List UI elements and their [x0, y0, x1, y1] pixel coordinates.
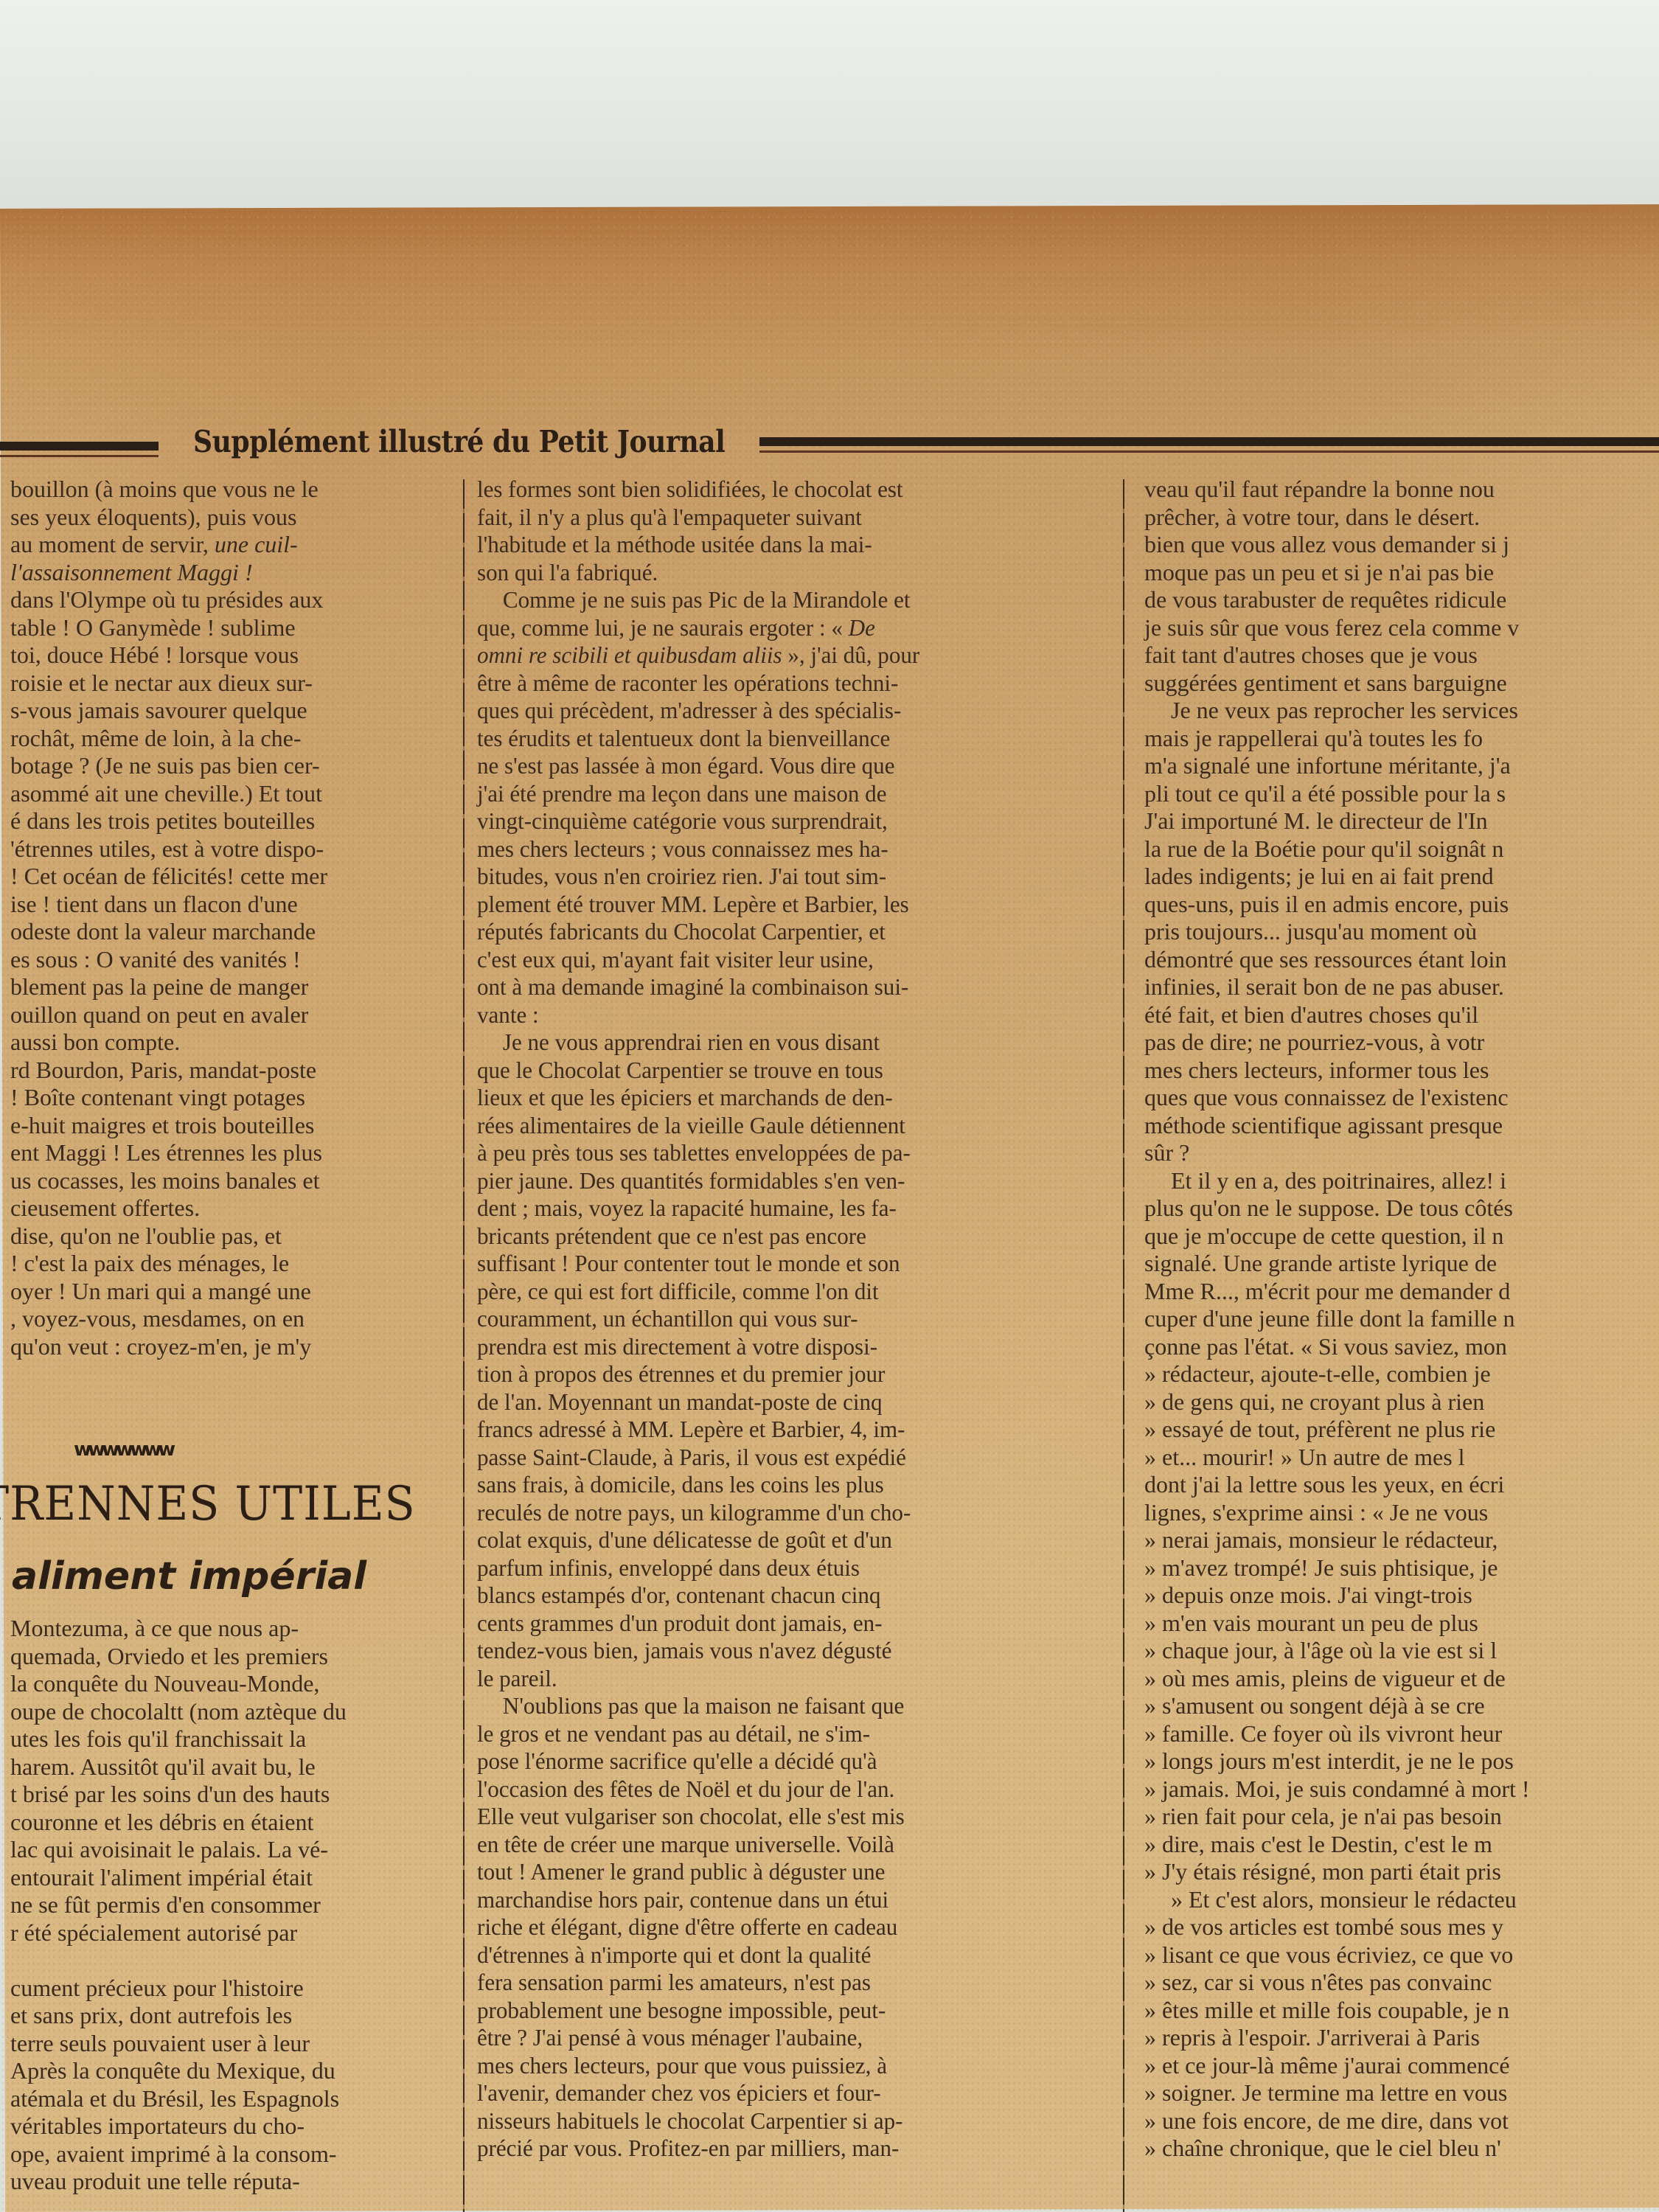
text-line: es sous : O vanité des vanités !: [10, 946, 448, 974]
text-line: prendra est mis directement à votre disp…: [477, 1333, 1093, 1361]
text-line: us cocasses, les moins banales et: [10, 1167, 448, 1195]
text-line: ques qui précèdent, m'adresser à des spé…: [477, 697, 1093, 725]
text-line: lades indigents; je lui en ai fait prend: [1144, 863, 1659, 891]
text-line: ouillon quand on peut en avaler: [10, 1001, 448, 1029]
text-line: bien que vous allez vous demander si j: [1144, 531, 1659, 559]
text-line: » famille. Ce foyer où ils vivront heur: [1144, 1720, 1659, 1748]
text-line: d'étrennes à n'importe qui et dont la qu…: [477, 1941, 1093, 1969]
text-line: botage ? (Je ne suis pas bien cer-: [10, 752, 448, 780]
text-line: omni re scibili et quibusdam aliis », j'…: [477, 641, 1093, 669]
text-line: été fait, et bien d'autres choses qu'il: [1144, 1001, 1659, 1029]
text-line: atémala et du Brésil, les Espagnols: [10, 2085, 448, 2113]
text-line: N'oublions pas que la maison ne faisant …: [477, 1692, 1093, 1720]
text-line: » depuis onze mois. J'ai vingt-trois: [1144, 1582, 1659, 1610]
text-line: tes érudits et talentueux dont la bienve…: [477, 725, 1093, 753]
text-line: Comme je ne suis pas Pic de la Mirandole…: [477, 586, 1093, 614]
text-line: que le Chocolat Carpentier se trouve en …: [477, 1057, 1093, 1085]
text-line: l'occasion des fêtes de Noël et du jour …: [477, 1775, 1093, 1804]
text-line: Après la conquête du Mexique, du: [10, 2057, 448, 2085]
text-line: tout ! Amener le grand public à déguster…: [477, 1858, 1093, 1886]
text-line: ! Cet océan de félicités! cette mer: [10, 863, 448, 891]
text-line: » nerai jamais, monsieur le rédacteur,: [1144, 1526, 1659, 1554]
text-line: » m'avez trompé! Je suis phtisique, je: [1144, 1554, 1659, 1582]
text-line: uveau produit une telle réputa-: [10, 2168, 448, 2196]
text-line: ont à ma demande imaginé la combinaison …: [477, 973, 1093, 1001]
text-line: signalé. Une grande artiste lyrique de: [1144, 1250, 1659, 1278]
text-line: Montezuma, à ce que nous ap-: [10, 1615, 448, 1643]
text-line: pose l'énorme sacrifice qu'elle a décidé…: [477, 1747, 1093, 1775]
wavy-divider-icon: wwwwwww: [74, 1439, 172, 1461]
text-line: quemada, Orviedo et les premiers: [10, 1643, 448, 1671]
text-line: ne se fût permis d'en consommer: [10, 1891, 448, 1919]
text-line: être ? J'ai pensé à vous ménager l'aubai…: [477, 2024, 1093, 2052]
text-line: » êtes mille et mille fois coupable, je …: [1144, 1997, 1659, 2025]
masthead-title: Supplément illustré du Petit Journal: [193, 424, 725, 459]
text-line: é dans les trois petites bouteilles: [10, 807, 448, 835]
text-line: rées alimentaires de la vieille Gaule dé…: [477, 1112, 1093, 1140]
text-line: pli tout ce qu'il a été possible pour la…: [1144, 780, 1659, 808]
text-line: , voyez-vous, mesdames, on en: [10, 1305, 448, 1333]
text-line: riche et élégant, digne d'être offerte e…: [477, 1913, 1093, 1941]
text-line: tendez-vous bien, jamais vous n'avez dég…: [477, 1637, 1093, 1665]
text-line: bricants prétendent que ce n'est pas enc…: [477, 1222, 1093, 1251]
text-line: m'a signalé une infortune méritante, j'a: [1144, 752, 1659, 780]
text-line: » et ce jour-là même j'aurai commencé: [1144, 2052, 1659, 2080]
text-line: mes chers lecteurs ; vous connaissez mes…: [477, 835, 1093, 863]
text-line: table ! O Ganymède ! sublime: [10, 614, 448, 642]
text-line: infinies, il serait bon de ne pas abuser…: [1144, 973, 1659, 1001]
text-line: lieux et que les épiciers et marchands d…: [477, 1084, 1093, 1112]
text-line: marchandise hors pair, contenue dans un …: [477, 1886, 1093, 1914]
text-line: probablement une besogne impossible, peu…: [477, 1997, 1093, 2025]
text-line: l'habitude et la méthode usitée dans la …: [477, 531, 1093, 559]
text-line: plus qu'on ne le suppose. De tous côtés: [1144, 1194, 1659, 1222]
text-line: harem. Aussitôt qu'il avait bu, le: [10, 1753, 448, 1781]
text-line: odeste dont la valeur marchande: [10, 918, 448, 946]
text-line: réputés fabricants du Chocolat Carpentie…: [477, 918, 1093, 946]
text-line: précié par vous. Profitez-en par millier…: [477, 2135, 1093, 2163]
text-line: s-vous jamais savourer quelque: [10, 697, 448, 725]
text-line: moque pas un peu et si je n'ai pas bie: [1144, 559, 1659, 587]
text-line: veau qu'il faut répandre la bonne nou: [1144, 476, 1659, 504]
text-line: dent ; mais, voyez la rapacité humaine, …: [477, 1194, 1093, 1222]
text-line: que je m'occupe de cette question, il n: [1144, 1222, 1659, 1251]
text-line: le pareil.: [477, 1665, 1093, 1693]
column-rule-2: [1123, 479, 1124, 2212]
text-line: ent Maggi ! Les étrennes les plus: [10, 1139, 448, 1167]
text-line: » rien fait pour cela, je n'ai pas besoi…: [1144, 1803, 1659, 1831]
text-line: lignes, s'exprime ainsi : « Je ne vous: [1144, 1499, 1659, 1527]
text-line: et sans prix, dont autrefois les: [10, 2002, 448, 2030]
text-line: de l'an. Moyennant un mandat-poste de ci…: [477, 1388, 1093, 1416]
text-line: » lisant ce que vous écriviez, ce que vo: [1144, 1941, 1659, 1969]
text-line: » rédacteur, ajoute-t-elle, combien je: [1144, 1360, 1659, 1388]
text-line: dont j'ai la lettre sous les yeux, en éc…: [1144, 1471, 1659, 1499]
text-line: asommé ait une cheville.) Et tout: [10, 780, 448, 808]
text-line: tion à propos des étrennes et du premier…: [477, 1360, 1093, 1388]
text-line: reculés de notre pays, un kilogramme d'u…: [477, 1499, 1093, 1527]
text-line: » essayé de tout, préfèrent ne plus rie: [1144, 1416, 1659, 1444]
text-line: nisseurs habituels le chocolat Carpentie…: [477, 2107, 1093, 2135]
text-line: en tête de créer une marque universelle.…: [477, 1831, 1093, 1859]
text-line: » jamais. Moi, je suis condamné à mort !: [1144, 1775, 1659, 1804]
text-line: ses yeux éloquents), puis vous: [10, 504, 448, 532]
text-line: couronne et les débris en étaient: [10, 1809, 448, 1837]
text-line: méthode scientifique agissant presque: [1144, 1112, 1659, 1140]
text-line: être à même de raconter les opérations t…: [477, 669, 1093, 698]
text-line: mes chers lecteurs, pour que vous puissi…: [477, 2052, 1093, 2080]
text-line: bitudes, vous n'en croiriez rien. J'ai t…: [477, 863, 1093, 891]
text-line: » m'en vais mourant un peu de plus: [1144, 1610, 1659, 1638]
text-line: le gros et ne vendant pas au détail, ne …: [477, 1720, 1093, 1748]
text-line: » où mes amis, pleins de vigueur et de: [1144, 1665, 1659, 1693]
text-line: utes les fois qu'il franchissait la: [10, 1725, 448, 1753]
text-line: pier jaune. Des quantités formidables s'…: [477, 1167, 1093, 1195]
text-line: » de vos articles est tombé sous mes y: [1144, 1913, 1659, 1941]
masthead-rule-right: [759, 437, 1659, 446]
text-line: J'ai importuné M. le directeur de l'In: [1144, 807, 1659, 835]
text-line: démontré que ses ressources étant loin: [1144, 946, 1659, 974]
text-line: ! Boîte contenant vingt potages: [10, 1084, 448, 1112]
text-line: mais je rappellerai qu'à toutes les fo: [1144, 725, 1659, 753]
text-line: qu'on veut : croyez-m'en, je m'y: [10, 1333, 448, 1361]
text-line: » soigner. Je termine ma lettre en vous: [1144, 2079, 1659, 2107]
text-line: prêcher, à votre tour, dans le désert.: [1144, 504, 1659, 532]
text-line: lac qui avoisinait le palais. La vé-: [10, 1836, 448, 1864]
text-line: Je ne veux pas reprocher les services: [1144, 697, 1659, 725]
text-line: cument précieux pour l'histoire: [10, 1975, 448, 2003]
text-line: cents grammes d'un produit dont jamais, …: [477, 1610, 1093, 1638]
text-line: ope, avaient imprimé à la consom-: [10, 2140, 448, 2168]
text-line: » dire, mais c'est le Destin, c'est le m: [1144, 1831, 1659, 1859]
text-line: [10, 1947, 448, 1975]
masthead: Supplément illustré du Petit Journal: [0, 422, 1659, 467]
text-line: terre seuls pouvaient user à leur: [10, 2030, 448, 2058]
text-line: » une fois encore, de me dire, dans vot: [1144, 2107, 1659, 2135]
text-line: Mme R..., m'écrit pour me demander d: [1144, 1278, 1659, 1306]
text-line: ques que vous connaissez de l'existenc: [1144, 1084, 1659, 1112]
text-line: mes chers lecteurs, informer tous les: [1144, 1057, 1659, 1085]
text-line: de vous tarabuster de requêtes ridicule: [1144, 586, 1659, 614]
text-line: 'étrennes utiles, est à votre dispo-: [10, 835, 448, 863]
text-line: » longs jours m'est interdit, je ne le p…: [1144, 1747, 1659, 1775]
text-line: » et... mourir! » Un autre de mes l: [1144, 1444, 1659, 1472]
scanner-background: [0, 0, 1659, 210]
text-line: cieusement offertes.: [10, 1194, 448, 1222]
text-line: fait, il n'y a plus qu'à l'empaqueter su…: [477, 504, 1093, 532]
text-line: au moment de servir, une cuil-: [10, 531, 448, 559]
text-line: bouillon (à moins que vous ne le: [10, 476, 448, 504]
text-line: suggérées gentiment et sans barguigne: [1144, 669, 1659, 698]
text-line: fait tant d'autres choses que je vous: [1144, 641, 1659, 669]
text-line: cuper d'une jeune fille dont la famille …: [1144, 1305, 1659, 1333]
text-line: Et il y en a, des poitrinaires, allez! i: [1144, 1167, 1659, 1195]
text-line: la rue de la Boétie pour qu'il soignât n: [1144, 835, 1659, 863]
text-line: vingt-cinquième catégorie vous surprendr…: [477, 807, 1093, 835]
text-line: pris toujours... jusqu'au moment où: [1144, 918, 1659, 946]
column-rule-1: [463, 479, 465, 2212]
text-line: Elle veut vulgariser son chocolat, elle …: [477, 1803, 1093, 1831]
text-line: t brisé par les soins d'un des hauts: [10, 1781, 448, 1809]
right-column: veau qu'il faut répandre la bonne nouprê…: [1144, 476, 1659, 2163]
text-line: à peu près tous ses tablettes enveloppée…: [477, 1139, 1093, 1167]
text-line: ques-uns, puis il en admis encore, puis: [1144, 891, 1659, 919]
text-line: parfum infinis, enveloppé dans deux étui…: [477, 1554, 1093, 1582]
section-title: TRENNES UTILES: [0, 1477, 416, 1531]
text-line: son qui l'a fabriqué.: [477, 559, 1093, 587]
text-line: plement été trouver MM. Lepère et Barbie…: [477, 891, 1093, 919]
text-line: j'ai été prendre ma leçon dans une maiso…: [477, 780, 1093, 808]
text-line: que, comme lui, je ne saurais ergoter : …: [477, 614, 1093, 642]
left-column-bottom: Montezuma, à ce que nous ap-quemada, Orv…: [10, 1615, 448, 2196]
text-line: Je ne vous apprendrai rien en vous disan…: [477, 1029, 1093, 1057]
text-line: oyer ! Un mari qui a mangé une: [10, 1278, 448, 1306]
text-line: » de gens qui, ne croyant plus à rien: [1144, 1388, 1659, 1416]
text-line: » chaque jour, à l'âge où la vie est si …: [1144, 1637, 1659, 1665]
text-line: pas de dire; ne pourriez-vous, à votr: [1144, 1029, 1659, 1057]
text-line: l'assaisonnement Maggi !: [10, 559, 448, 587]
text-line: e-huit maigres et trois bouteilles: [10, 1112, 448, 1140]
text-line: dans l'Olympe où tu présides aux: [10, 586, 448, 614]
text-line: » s'amusent ou songent déjà à se cre: [1144, 1692, 1659, 1720]
text-line: » repris à l'espoir. J'arriverai à Paris: [1144, 2024, 1659, 2052]
text-line: sans frais, à domicile, dans les coins l…: [477, 1471, 1093, 1499]
text-line: c'est eux qui, m'ayant fait visiter leur…: [477, 946, 1093, 974]
text-line: je suis sûr que vous ferez cela comme v: [1144, 614, 1659, 642]
text-line: rd Bourdon, Paris, mandat-poste: [10, 1057, 448, 1085]
text-line: suffisant ! Pour contenter tout le monde…: [477, 1250, 1093, 1278]
text-line: fera sensation parmi les amateurs, n'est…: [477, 1969, 1093, 1997]
text-line: ise ! tient dans un flacon d'une: [10, 891, 448, 919]
text-line: roisie et le nectar aux dieux sur-: [10, 669, 448, 698]
left-column-top: bouillon (à moins que vous ne leses yeux…: [10, 476, 448, 1360]
text-line: aussi bon compte.: [10, 1029, 448, 1057]
text-line: ! c'est la paix des ménages, le: [10, 1250, 448, 1278]
middle-column: les formes sont bien solidifiées, le cho…: [477, 476, 1093, 2163]
text-line: père, ce qui est fort difficile, comme l…: [477, 1278, 1093, 1306]
text-line: ne s'est pas lassée à mon égard. Vous di…: [477, 752, 1093, 780]
text-line: » Et c'est alors, monsieur le rédacteu: [1144, 1886, 1659, 1914]
text-line: oupe de chocolaltt (nom aztèque du: [10, 1698, 448, 1726]
text-line: sûr ?: [1144, 1139, 1659, 1167]
text-line: les formes sont bien solidifiées, le cho…: [477, 476, 1093, 504]
text-line: » J'y étais résigné, mon parti était pri…: [1144, 1858, 1659, 1886]
text-line: toi, douce Hébé ! lorsque vous: [10, 641, 448, 669]
text-line: blancs estampés d'or, contenant chacun c…: [477, 1582, 1093, 1610]
text-line: çonne pas l'état. « Si vous saviez, mon: [1144, 1333, 1659, 1361]
text-line: » sez, car si vous n'êtes pas convainc: [1144, 1969, 1659, 1997]
text-line: colat exquis, d'une délicatesse de goût …: [477, 1526, 1093, 1554]
text-line: couramment, un échantillon qui vous sur-: [477, 1305, 1093, 1333]
text-line: entourait l'aliment impérial était: [10, 1864, 448, 1892]
masthead-rule-left: [0, 442, 159, 451]
text-line: rochât, même de loin, à la che-: [10, 725, 448, 753]
text-line: véritables importateurs du cho-: [10, 2112, 448, 2140]
text-line: la conquête du Nouveau-Monde,: [10, 1670, 448, 1698]
text-line: l'avenir, demander chez vos épiciers et …: [477, 2079, 1093, 2107]
text-line: vante :: [477, 1001, 1093, 1029]
text-line: passe Saint-Claude, à Paris, il vous est…: [477, 1444, 1093, 1472]
section-subtitle: aliment impérial: [12, 1554, 366, 1599]
text-line: » chaîne chronique, que le ciel bleu n': [1144, 2135, 1659, 2163]
text-line: francs adressé à MM. Lepère et Barbier, …: [477, 1416, 1093, 1444]
text-line: dise, qu'on ne l'oublie pas, et: [10, 1222, 448, 1251]
text-line: r été spécialement autorisé par: [10, 1919, 448, 1947]
text-line: blement pas la peine de manger: [10, 973, 448, 1001]
